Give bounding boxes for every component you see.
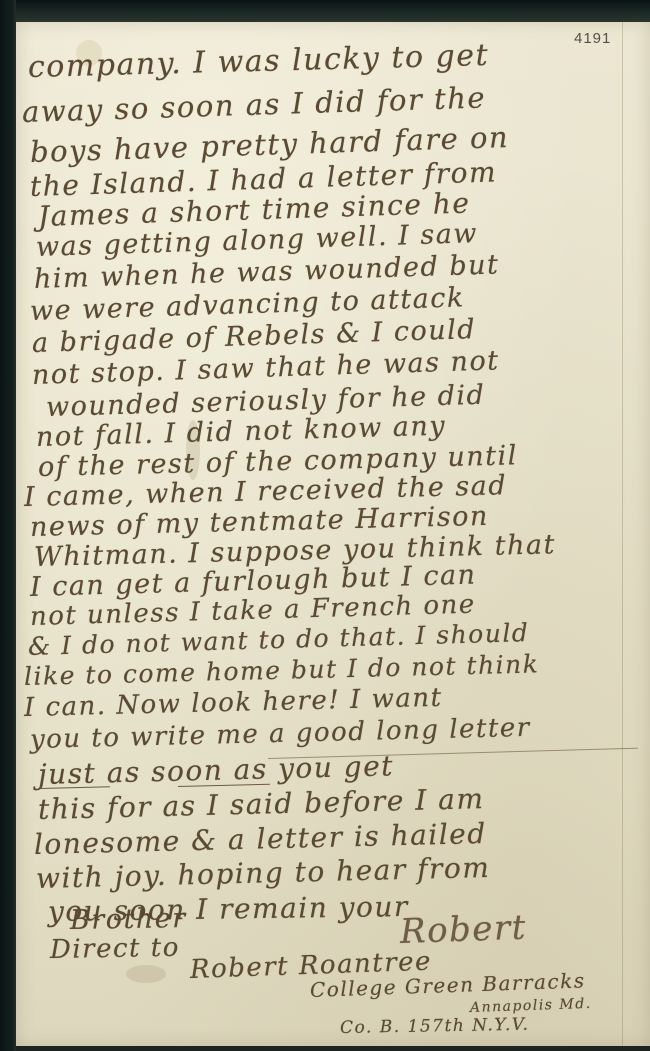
frame-top-border	[0, 0, 650, 22]
direct-to-label: Direct to	[50, 933, 180, 965]
paper-fold-line	[622, 20, 623, 1047]
signature: Robert	[399, 908, 527, 952]
document-viewer: 4191 company. I was lucky to getaway so …	[0, 0, 650, 1051]
address-line3: Co. B. 157th N.Y.V.	[340, 1015, 530, 1038]
closing-relation: Brother	[70, 903, 187, 936]
frame-bottom-border	[16, 1046, 650, 1051]
catalog-number: 4191	[574, 30, 611, 47]
frame-left-border	[0, 0, 16, 1051]
paper-stain	[126, 965, 166, 983]
